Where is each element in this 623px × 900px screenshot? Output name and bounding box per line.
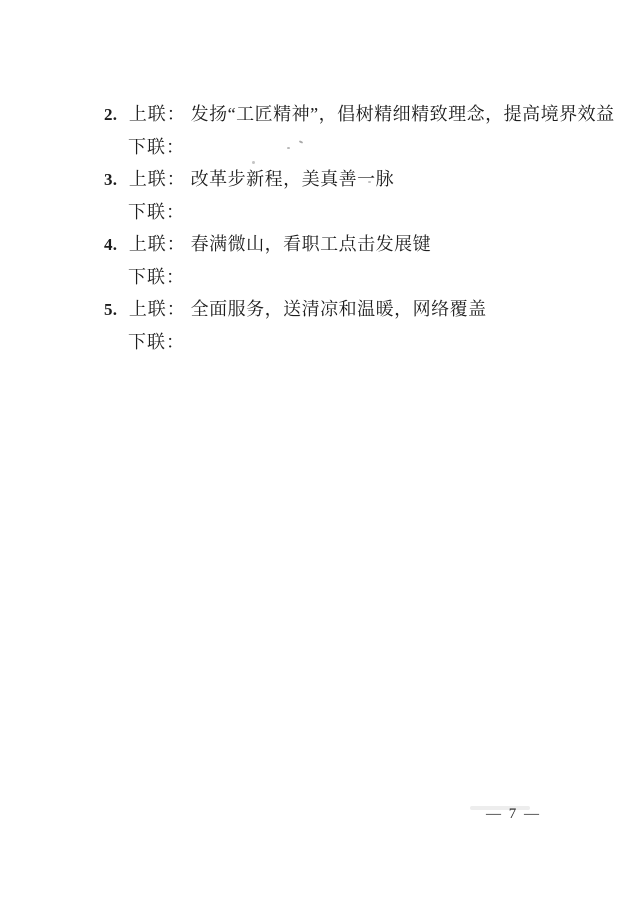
couplet-item-5: 5. 上联： 全面服务，送清凉和温暖，网络覆盖 下联： (104, 297, 587, 354)
item-number: 2. (104, 103, 124, 127)
couplet-item-4: 4. 上联： 春满微山，看职工点击发展键 下联： (104, 232, 587, 289)
item-number: 4. (104, 233, 124, 257)
upper-couplet-label: 上联： (129, 169, 186, 189)
upper-couplet-text: 全面服务，送清凉和温暖，网络覆盖 (191, 299, 487, 319)
scan-artifact (252, 161, 255, 164)
upper-couplet-line: 2. 上联： 发扬“工匠精神”，倡树精细精致理念，提高境界效益 (104, 102, 587, 127)
lower-couplet-label: 下联： (128, 202, 185, 222)
item-number: 3. (104, 168, 124, 192)
couplet-item-3: 3. 上联： 改革步新程，美真善一脉 下联： (104, 167, 587, 224)
lower-couplet-line: 下联： (104, 330, 587, 354)
document-page: 2. 上联： 发扬“工匠精神”，倡树精细精致理念，提高境界效益 下联： 3. 上… (0, 0, 623, 900)
upper-couplet-text: 发扬“工匠精神”，倡树精细精致理念，提高境界效益 (191, 104, 615, 124)
upper-couplet-line: 4. 上联： 春满微山，看职工点击发展键 (104, 232, 587, 257)
upper-couplet-label: 上联： (129, 104, 186, 124)
upper-couplet-line: 3. 上联： 改革步新程，美真善一脉 (104, 167, 587, 192)
upper-couplet-label: 上联： (129, 299, 186, 319)
upper-couplet-label: 上联： (129, 234, 186, 254)
lower-couplet-line: 下联： (104, 265, 587, 289)
scan-artifact (287, 147, 290, 149)
page-number: — 7 — (486, 806, 541, 823)
scan-artifact (368, 181, 371, 183)
couplet-item-2: 2. 上联： 发扬“工匠精神”，倡树精细精致理念，提高境界效益 下联： (104, 102, 587, 159)
item-number: 5. (104, 298, 124, 322)
upper-couplet-line: 5. 上联： 全面服务，送清凉和温暖，网络覆盖 (104, 297, 587, 322)
lower-couplet-label: 下联： (128, 267, 185, 287)
lower-couplet-label: 下联： (128, 137, 185, 157)
lower-couplet-line: 下联： (104, 135, 587, 159)
couplet-exercise-list: 2. 上联： 发扬“工匠精神”，倡树精细精致理念，提高境界效益 下联： 3. 上… (104, 102, 587, 362)
upper-couplet-text: 改革步新程，美真善一脉 (191, 169, 395, 189)
lower-couplet-label: 下联： (128, 332, 185, 352)
lower-couplet-line: 下联： (104, 200, 587, 224)
upper-couplet-text: 春满微山，看职工点击发展键 (191, 234, 432, 254)
